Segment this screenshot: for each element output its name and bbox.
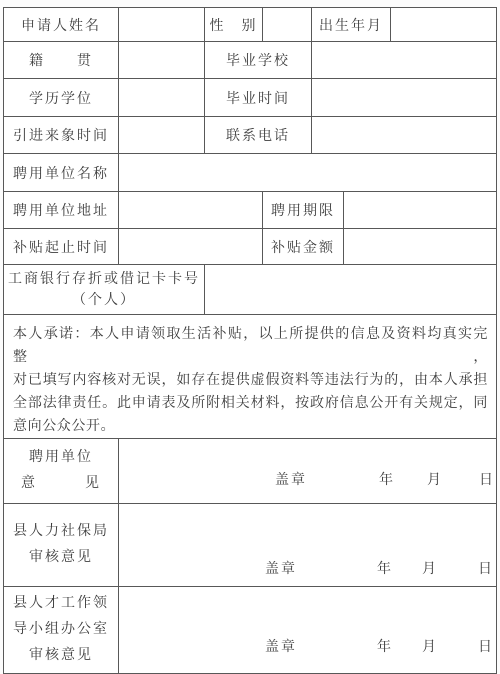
employer-address-value-cell: [119, 192, 263, 229]
introduction-time-label: 引进来象时间: [4, 117, 119, 154]
native-place-value-cell: [119, 42, 205, 79]
hr-bureau-sign-cell: 盖章 年 月 日: [119, 504, 497, 587]
year-label: 年: [377, 636, 393, 656]
gender-value-cell: [263, 8, 312, 42]
introduction-time-value-cell: [119, 117, 205, 154]
month-label: 月: [427, 469, 443, 489]
employment-period-value-cell: [344, 192, 497, 229]
graduation-time-value-cell: [312, 79, 497, 117]
subsidy-period-value-cell: [119, 229, 263, 265]
hr-bureau-label-line1: 县人力社保局: [4, 519, 118, 545]
seal-label: 盖章: [265, 558, 297, 578]
phone-label: 联系电话: [205, 117, 312, 154]
applicant-name-value-cell: [119, 8, 205, 42]
employment-period-label: 聘用期限: [263, 192, 344, 229]
month-label: 月: [422, 558, 438, 578]
row-bank-card: 工商银行存折或借记卡卡号 （个人）: [4, 265, 497, 315]
day-label: 日: [478, 636, 494, 656]
year-label: 年: [379, 469, 395, 489]
talent-office-label-line1: 县人才工作领: [4, 591, 118, 617]
birth-date-value-cell: [391, 8, 497, 42]
employer-opinion-sign-cell: 盖章 年 月 日: [119, 439, 497, 504]
phone-value-cell: [312, 117, 497, 154]
seal-label: 盖章: [275, 469, 307, 489]
bank-card-label: 工商银行存折或借记卡卡号 （个人）: [4, 265, 205, 315]
gender-label: 性 别: [205, 8, 263, 42]
talent-office-label-line2: 导小组办公室: [4, 617, 118, 643]
application-form-sheet: 申请人姓名 性 别 出生年月 籍 贯 毕业学校 学历学位 毕业时间 引进来象时间…: [3, 7, 497, 674]
declaration-cell: 本人承诺：本人申请领取生活补贴，以上所提供的信息及资料均真实完整， 对已填写内容…: [4, 315, 497, 439]
graduation-time-label: 毕业时间: [205, 79, 312, 117]
employer-address-label: 聘用单位地址: [4, 192, 119, 229]
day-label: 日: [479, 469, 495, 489]
declaration-line: 对已填写内容核对无误，如存在提供虚假资料等违法行为的，由本人承担: [13, 369, 488, 392]
subsidy-period-label: 补贴起止时间: [4, 229, 119, 265]
applicant-name-label: 申请人姓名: [4, 8, 119, 42]
row-introduction-time: 引进来象时间 联系电话: [4, 117, 497, 154]
degree-label: 学历学位: [4, 79, 119, 117]
hr-bureau-label: 县人力社保局 审核意见: [4, 504, 119, 587]
bank-card-value-cell: [205, 265, 497, 315]
declaration-line: 意向公众公开。: [13, 415, 488, 438]
bank-card-label-line2: （个人）: [4, 290, 204, 311]
application-form-table: 申请人姓名 性 别 出生年月 籍 贯 毕业学校 学历学位 毕业时间 引进来象时间…: [3, 7, 497, 674]
row-hr-bureau-opinion: 县人力社保局 审核意见 盖章 年 月 日: [4, 504, 497, 587]
talent-office-label-line3: 审核意见: [4, 643, 118, 669]
hr-bureau-label-line2: 审核意见: [4, 545, 118, 571]
row-employer-address: 聘用单位地址 聘用期限: [4, 192, 497, 229]
row-employer-opinion: 聘用单位 意 见 盖章 年 月 日: [4, 439, 497, 504]
row-degree: 学历学位 毕业时间: [4, 79, 497, 117]
seal-label: 盖章: [265, 636, 297, 656]
employer-opinion-label-line1: 聘用单位: [4, 445, 118, 471]
employer-name-value-cell: [119, 154, 497, 192]
subsidy-amount-label: 补贴金额: [263, 229, 344, 265]
stamp-line: 盖章 年 月 日: [119, 469, 496, 489]
subsidy-amount-value-cell: [344, 229, 497, 265]
talent-office-label: 县人才工作领 导小组办公室 审核意见: [4, 587, 119, 674]
native-place-label: 籍 贯: [4, 42, 119, 79]
row-applicant: 申请人姓名 性 别 出生年月: [4, 8, 497, 42]
row-employer-name: 聘用单位名称: [4, 154, 497, 192]
row-talent-office-opinion: 县人才工作领 导小组办公室 审核意见 盖章 年 月 日: [4, 587, 497, 674]
month-label: 月: [422, 636, 438, 656]
employer-name-label: 聘用单位名称: [4, 154, 119, 192]
graduate-school-value-cell: [312, 42, 497, 79]
row-subsidy-period: 补贴起止时间 补贴金额: [4, 229, 497, 265]
day-label: 日: [478, 558, 494, 578]
year-label: 年: [377, 558, 393, 578]
stamp-line: 盖章 年 月 日: [119, 558, 496, 578]
employer-opinion-label: 聘用单位 意 见: [4, 439, 119, 504]
row-declaration: 本人承诺：本人申请领取生活补贴，以上所提供的信息及资料均真实完整， 对已填写内容…: [4, 315, 497, 439]
talent-office-sign-cell: 盖章 年 月 日: [119, 587, 497, 674]
declaration-line: 本人承诺：本人申请领取生活补贴，以上所提供的信息及资料均真实完整，: [13, 323, 488, 369]
graduate-school-label: 毕业学校: [205, 42, 312, 79]
employer-opinion-label-line2: 意 见: [4, 471, 118, 497]
declaration-line: 全部法律责任。此申请表及所附相关材料，按政府信息公开有关规定，同: [13, 392, 488, 415]
bank-card-label-line1: 工商银行存折或借记卡卡号: [4, 269, 204, 290]
degree-value-cell: [119, 79, 205, 117]
birth-date-label: 出生年月: [312, 8, 391, 42]
row-native-place: 籍 贯 毕业学校: [4, 42, 497, 79]
stamp-line: 盖章 年 月 日: [119, 636, 496, 656]
